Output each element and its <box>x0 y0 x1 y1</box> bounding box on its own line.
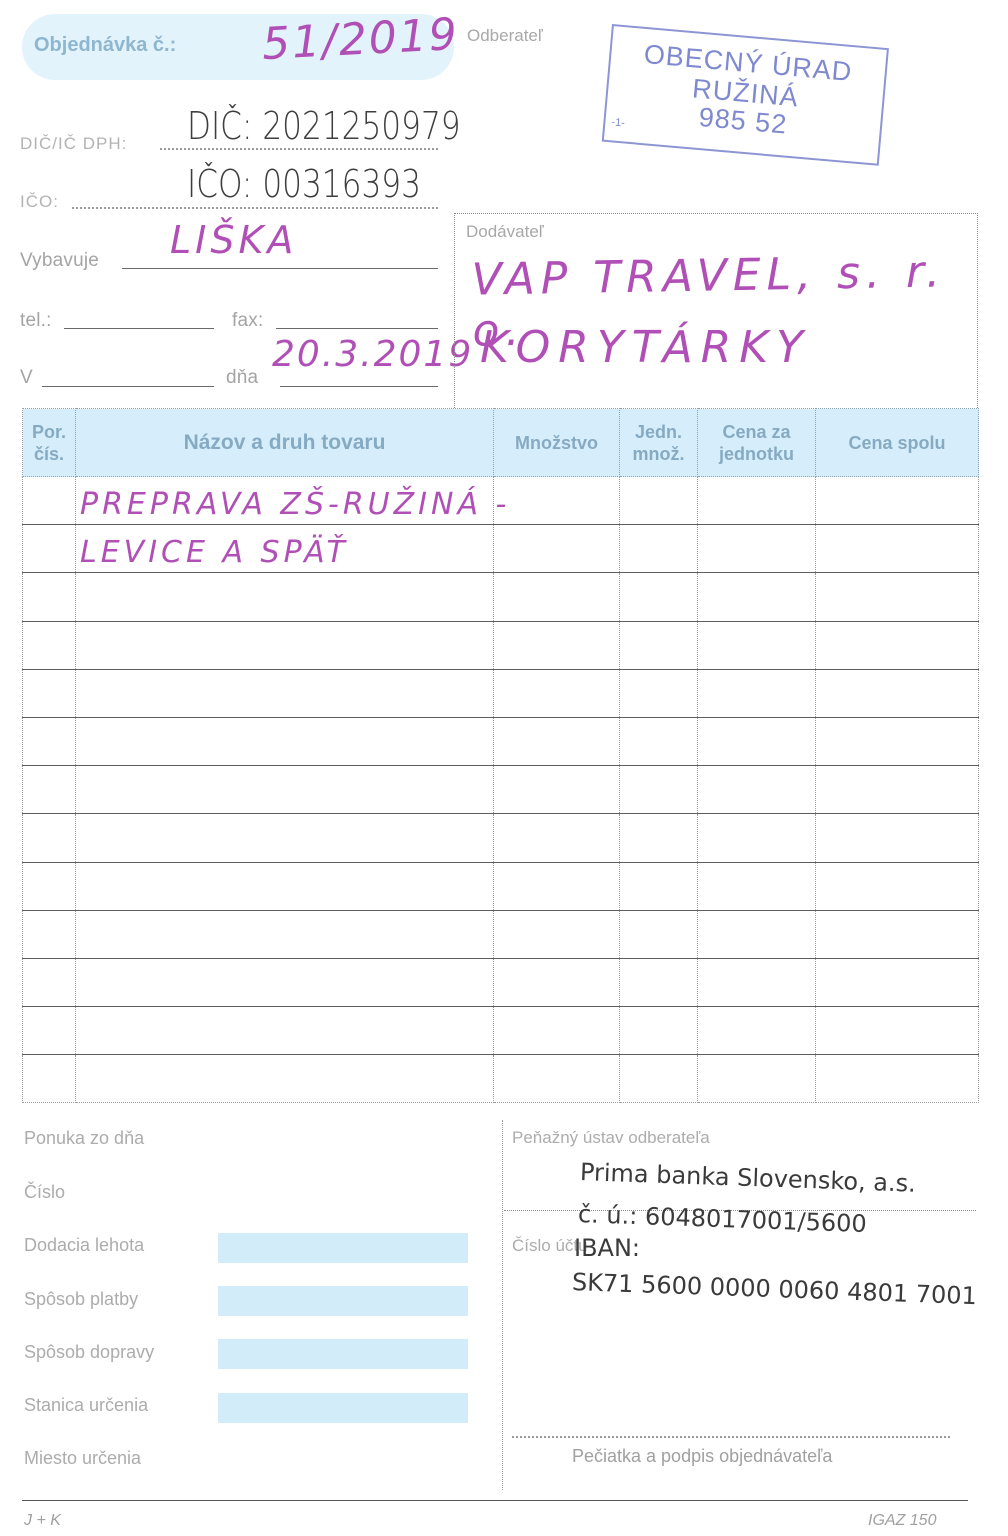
cell-por[interactable] <box>23 766 76 814</box>
cell-quantity[interactable] <box>494 1007 620 1055</box>
cell-unit-price[interactable] <box>698 862 816 910</box>
table-row <box>23 958 979 1006</box>
cell-unit[interactable] <box>620 477 698 525</box>
shipping-method-label: Spôsob dopravy <box>24 1342 154 1363</box>
place-field[interactable] <box>42 386 214 387</box>
cell-name[interactable] <box>76 814 494 862</box>
cell-name[interactable] <box>76 1055 494 1103</box>
cell-unit-price[interactable] <box>698 1007 816 1055</box>
cell-quantity[interactable] <box>494 477 620 525</box>
cell-unit-price[interactable] <box>698 669 816 717</box>
vat-id-value[interactable]: DIČ: 2021250979 <box>187 104 461 148</box>
place-label: V <box>20 367 33 389</box>
cell-unit[interactable] <box>620 621 698 669</box>
cell-unit[interactable] <box>620 1007 698 1055</box>
iban-label: IBAN: <box>574 1234 640 1262</box>
cell-total[interactable] <box>816 862 979 910</box>
bottom-divider <box>502 1120 503 1490</box>
fax-field[interactable] <box>276 328 438 329</box>
table-row <box>23 766 979 814</box>
cell-unit[interactable] <box>620 910 698 958</box>
company-id-line <box>72 207 438 209</box>
cell-name[interactable] <box>76 669 494 717</box>
cell-total[interactable] <box>816 621 979 669</box>
cell-name[interactable]: LEVICE A SPÄŤ <box>76 525 494 573</box>
cell-por[interactable] <box>23 525 76 573</box>
cell-quantity[interactable] <box>494 766 620 814</box>
date-line <box>280 386 438 387</box>
destination-station-label: Stanica určenia <box>24 1395 148 1416</box>
cell-total[interactable] <box>816 717 979 765</box>
bank-label: Peňažný ústav odberateľa <box>512 1128 710 1148</box>
office-stamp: OBECNÝ ÚRAD RUŽINÁ 985 52 -1- <box>602 24 889 166</box>
cell-total[interactable] <box>816 910 979 958</box>
handled-by-label: Vybavuje <box>20 250 99 272</box>
bank-name[interactable]: Prima banka Slovensko, a.s. <box>580 1158 917 1198</box>
payment-method-label: Spôsob platby <box>24 1289 138 1310</box>
cell-unit[interactable] <box>620 958 698 1006</box>
iban-value[interactable]: SK71 5600 0000 0060 4801 7001 <box>572 1268 978 1310</box>
cell-quantity[interactable] <box>494 814 620 862</box>
cell-unit[interactable] <box>620 717 698 765</box>
cell-por[interactable] <box>23 717 76 765</box>
date-label: dňa <box>226 367 258 389</box>
table-row <box>23 1007 979 1055</box>
offer-date-label: Ponuka zo dňa <box>24 1128 144 1149</box>
cell-total[interactable] <box>816 1007 979 1055</box>
cell-unit-price[interactable] <box>698 477 816 525</box>
fax-label: fax: <box>232 310 263 332</box>
table-row: LEVICE A SPÄŤ <box>23 525 979 573</box>
cell-name[interactable] <box>76 958 494 1006</box>
shipping-method-field[interactable] <box>218 1339 468 1369</box>
bank-account-number[interactable]: č. ú.: 6048017001/5600 <box>578 1200 868 1238</box>
table-header-row: Por.čís. Názov a druh tovaru Množstvo Je… <box>23 409 979 477</box>
cell-por[interactable] <box>23 1007 76 1055</box>
destination-place-label: Miesto určenia <box>24 1448 141 1469</box>
cell-name[interactable]: PREPRAVA ZŠ-RUŽINÁ - <box>76 477 494 525</box>
cell-total[interactable] <box>816 766 979 814</box>
col-header-total: Cena spolu <box>816 409 979 477</box>
cell-name[interactable] <box>76 1007 494 1055</box>
cell-por[interactable] <box>23 621 76 669</box>
phone-label: tel.: <box>20 310 52 332</box>
supplier-label: Dodávateľ <box>466 222 544 242</box>
col-header-name: Názov a druh tovaru <box>76 409 494 477</box>
col-header-por: Por.čís. <box>23 409 76 477</box>
table-row: PREPRAVA ZŠ-RUŽINÁ - <box>23 477 979 525</box>
table-row <box>23 621 979 669</box>
col-header-unit: Jedn.množ. <box>620 409 698 477</box>
cell-quantity[interactable] <box>494 717 620 765</box>
cell-por[interactable] <box>23 910 76 958</box>
cell-quantity[interactable] <box>494 1055 620 1103</box>
table-row <box>23 669 979 717</box>
cell-quantity[interactable] <box>494 621 620 669</box>
cell-por[interactable] <box>23 958 76 1006</box>
table-row <box>23 910 979 958</box>
cell-name[interactable] <box>76 717 494 765</box>
cell-quantity[interactable] <box>494 958 620 1006</box>
cell-unit-price[interactable] <box>698 1055 816 1103</box>
handled-by-line <box>122 268 438 269</box>
cell-unit[interactable] <box>620 862 698 910</box>
cell-quantity[interactable] <box>494 862 620 910</box>
cell-por[interactable] <box>23 1055 76 1103</box>
delivery-term-field[interactable] <box>218 1233 468 1263</box>
cell-total[interactable] <box>816 1055 979 1103</box>
table-row <box>23 573 979 621</box>
cell-por[interactable] <box>23 477 76 525</box>
order-number-value[interactable]: 51/2019 <box>261 9 460 70</box>
footer-publisher: J + K <box>24 1512 61 1530</box>
cell-por[interactable] <box>23 814 76 862</box>
cell-quantity[interactable] <box>494 525 620 573</box>
number-label: Číslo <box>24 1182 65 1203</box>
cell-unit-price[interactable] <box>698 814 816 862</box>
table-row <box>23 862 979 910</box>
vat-id-line <box>160 148 438 150</box>
cell-unit-price[interactable] <box>698 573 816 621</box>
cell-por[interactable] <box>23 862 76 910</box>
cell-total[interactable] <box>816 669 979 717</box>
footer-form-code: IGAZ 150 <box>868 1512 936 1530</box>
cell-unit[interactable] <box>620 525 698 573</box>
date-value[interactable]: 20.3.2019 <box>272 334 473 375</box>
cell-name[interactable] <box>76 910 494 958</box>
payment-method-field[interactable] <box>218 1286 468 1316</box>
cell-unit-price[interactable] <box>698 717 816 765</box>
col-header-unit-price: Cena zajednotku <box>698 409 816 477</box>
destination-station-field[interactable] <box>218 1393 468 1423</box>
customer-label: Odberateľ <box>467 26 543 46</box>
order-number-label: Objednávka č.: <box>34 34 176 57</box>
cell-unit[interactable] <box>620 1055 698 1103</box>
cell-total[interactable] <box>816 477 979 525</box>
phone-field[interactable] <box>64 328 214 329</box>
cell-por[interactable] <box>23 669 76 717</box>
table-row <box>23 814 979 862</box>
handled-by-value[interactable]: LIŠKA <box>170 218 297 262</box>
company-id-label: IČO: <box>20 192 59 212</box>
cell-unit-price[interactable] <box>698 910 816 958</box>
cell-name[interactable] <box>76 862 494 910</box>
cell-total[interactable] <box>816 525 979 573</box>
cell-name[interactable] <box>76 573 494 621</box>
cell-quantity[interactable] <box>494 669 620 717</box>
cell-unit-price[interactable] <box>698 621 816 669</box>
table-row <box>23 717 979 765</box>
cell-unit-price[interactable] <box>698 766 816 814</box>
cell-por[interactable] <box>23 573 76 621</box>
cell-unit[interactable] <box>620 814 698 862</box>
cell-total[interactable] <box>816 573 979 621</box>
items-table: Por.čís. Názov a druh tovaru Množstvo Je… <box>22 408 979 1103</box>
stamp-corner-number: -1- <box>611 116 625 129</box>
cell-quantity[interactable] <box>494 910 620 958</box>
signature-line[interactable] <box>512 1436 950 1438</box>
col-header-quantity: Množstvo <box>494 409 620 477</box>
cell-name[interactable] <box>76 766 494 814</box>
cell-unit[interactable] <box>620 766 698 814</box>
delivery-term-label: Dodacia lehota <box>24 1235 144 1256</box>
signature-label: Pečiatka a podpis objednávateľa <box>572 1446 832 1467</box>
supplier-address[interactable]: KORYTÁRKY <box>480 322 811 373</box>
cell-name[interactable] <box>76 621 494 669</box>
cell-unit-price[interactable] <box>698 958 816 1006</box>
cell-unit-price[interactable] <box>698 525 816 573</box>
cell-quantity[interactable] <box>494 573 620 621</box>
cell-total[interactable] <box>816 958 979 1006</box>
table-row <box>23 1055 979 1103</box>
cell-unit[interactable] <box>620 573 698 621</box>
vat-id-label: DIČ/IČ DPH: <box>20 134 127 154</box>
footer-line <box>22 1500 968 1501</box>
cell-total[interactable] <box>816 814 979 862</box>
company-id-value[interactable]: IČO: 00316393 <box>187 162 421 206</box>
cell-unit[interactable] <box>620 669 698 717</box>
